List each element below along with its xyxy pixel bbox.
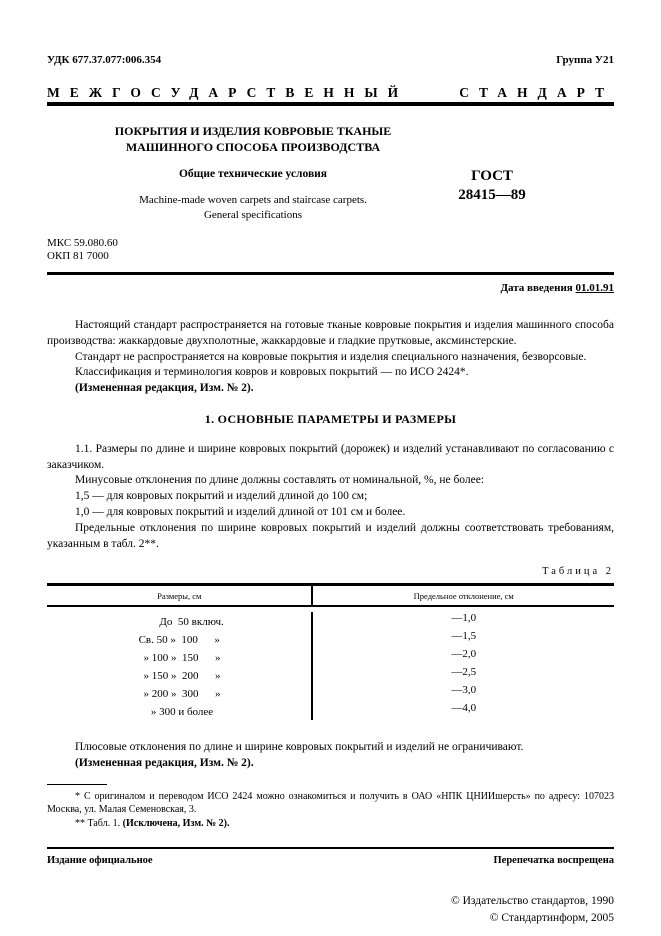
scope-paragraphs: Настоящий стандарт распространяется на г…	[47, 318, 614, 552]
banner-rule	[47, 102, 614, 106]
title-left-column: ПОКРЫТИЯ И ИЗДЕЛИЯ КОВРОВЫЕ ТКАНЫЕ МАШИН…	[47, 123, 459, 223]
footnotes-block: * С оригиналом и переводом ИСО 2424 можн…	[47, 784, 614, 831]
copyright-line1: © Издательство стандартов, 1990	[47, 893, 614, 910]
footnote-2-text: ** Табл. 1.	[75, 818, 123, 829]
footer-row: Издание официальное Перепечатка воспреще…	[47, 855, 614, 866]
deviation-value: —1,0	[313, 612, 614, 630]
copyright-block: © Издательство стандартов, 1990 © Станда…	[47, 893, 614, 927]
post-table-paragraphs: Плюсовые отклонения по длине и ширине ко…	[47, 740, 614, 772]
size-value: Св. 50 » 100 »	[139, 634, 220, 648]
banner-word-2: СТАНДАРТ	[459, 85, 614, 100]
paragraph: Классификация и терминология ковров и ко…	[47, 365, 614, 381]
size-value: До 50 включ.	[135, 616, 224, 630]
mks-code: МКС 59.080.60	[47, 237, 614, 250]
document-title-english: Machine-made woven carpets and staircase…	[47, 193, 459, 223]
size-value: » 150 » 200 »	[138, 670, 221, 684]
title-section: ПОКРЫТИЯ И ИЗДЕЛИЯ КОВРОВЫЕ ТКАНЫЕ МАШИН…	[47, 123, 614, 263]
paragraph: Стандарт не распространяется на ковровые…	[47, 350, 614, 366]
amendment-note: (Измененная редакция, Изм. № 2).	[47, 756, 614, 772]
classification-row: УДК 677.37.077:006.354 Группа У21	[47, 54, 614, 66]
codes-block: МКС 59.080.60 ОКП 81 7000	[47, 237, 614, 263]
size-value: » 100 » 150 »	[138, 652, 221, 666]
table-header-sizes: Размеры, см	[47, 586, 313, 605]
footnote-1: * С оригиналом и переводом ИСО 2424 можн…	[47, 790, 614, 817]
document-title-line1: ПОКРЫТИЯ И ИЗДЕЛИЯ КОВРОВЫЕ ТКАНЫЕ	[47, 123, 459, 139]
document-title-line2: МАШИННОГО СПОСОБА ПРОИЗВОДСТВА	[47, 139, 459, 155]
footnote-divider	[47, 784, 107, 785]
paragraph: Предельные отклонения по ширине ковровых…	[47, 521, 614, 553]
gost-designation: ГОСТ 28415—89	[432, 167, 552, 205]
okp-code: ОКП 81 7000	[47, 250, 614, 263]
table-row: » 300 и более —4,0	[47, 702, 614, 726]
deviation-value: —1,5	[313, 630, 614, 648]
paragraph: Настоящий стандарт распространяется на г…	[47, 318, 614, 350]
table-row: » 100 » 150 » —2,0	[47, 648, 614, 666]
date-label: Дата введения	[500, 282, 575, 294]
footnote-2-bold-text: (Исключена, Изм. № 2).	[123, 818, 230, 829]
banner-word-1: МЕЖГОСУДАРСТВЕННЫЙ	[47, 85, 408, 100]
official-edition-label: Издание официальное	[47, 855, 153, 866]
gost-label: ГОСТ	[432, 167, 552, 186]
size-value: » 200 » 300 »	[138, 688, 221, 702]
table-row: Св. 50 » 100 » —1,5	[47, 630, 614, 648]
paragraph: Минусовые отклонения по длине должны сос…	[47, 473, 614, 489]
footnote-1-text: * С оригиналом и переводом ИСО 2424 можн…	[47, 791, 614, 816]
paragraph: 1,5 — для ковровых покрытий и изделий дл…	[47, 489, 614, 505]
deviation-value: —2,0	[313, 648, 614, 666]
introduction-date: Дата введения 01.01.91	[47, 282, 614, 294]
table-header-deviation: Предельное отклонение, см	[313, 586, 614, 605]
reprint-prohibited-label: Перепечатка воспрещена	[494, 855, 614, 866]
footnote-2: ** Табл. 1. (Исключена, Изм. № 2).	[47, 817, 614, 831]
document-subtitle: Общие технические условия	[47, 168, 459, 180]
deviation-value: —3,0	[313, 684, 614, 702]
table-row: » 200 » 300 » —3,0	[47, 684, 614, 702]
paragraph: 1.1. Размеры по длине и ширине ковровых …	[47, 442, 614, 474]
document-title-en-line2: General specifications	[47, 208, 459, 223]
paragraph: Плюсовые отклонения по длине и ширине ко…	[47, 740, 614, 756]
table-row: До 50 включ. —1,0	[47, 607, 614, 630]
deviation-value: —2,5	[313, 666, 614, 684]
copyright-line2: © Стандартинформ, 2005	[47, 910, 614, 927]
codes-rule	[47, 272, 614, 275]
table-header-row: Размеры, см Предельное отклонение, см	[47, 586, 614, 607]
paragraph: 1,0 — для ковровых покрытий и изделий дл…	[47, 505, 614, 521]
udk-code: УДК 677.37.077:006.354	[47, 54, 161, 66]
gost-number: 28415—89	[432, 186, 552, 205]
section-1-heading: 1. ОСНОВНЫЕ ПАРАМЕТРЫ И РАЗМЕРЫ	[47, 412, 614, 428]
document-title-en-line1: Machine-made woven carpets and staircase…	[47, 193, 459, 208]
deviation-value: —4,0	[313, 702, 614, 720]
amendment-note: (Измененная редакция, Изм. № 2).	[47, 381, 614, 397]
table-2-label: Таблица 2	[47, 566, 614, 577]
deviation-table: Размеры, см Предельное отклонение, см До…	[47, 583, 614, 726]
table-row: » 150 » 200 » —2,5	[47, 666, 614, 684]
size-value: » 300 и более	[145, 706, 213, 720]
footer-rule	[47, 847, 614, 849]
date-value: 01.01.91	[576, 282, 615, 294]
standard-type-banner: МЕЖГОСУДАРСТВЕННЫЙ СТАНДАРТ	[47, 85, 614, 100]
group-code: Группа У21	[556, 54, 614, 66]
document-page: УДК 677.37.077:006.354 Группа У21 МЕЖГОС…	[0, 0, 661, 936]
document-title: ПОКРЫТИЯ И ИЗДЕЛИЯ КОВРОВЫЕ ТКАНЫЕ МАШИН…	[47, 123, 459, 155]
